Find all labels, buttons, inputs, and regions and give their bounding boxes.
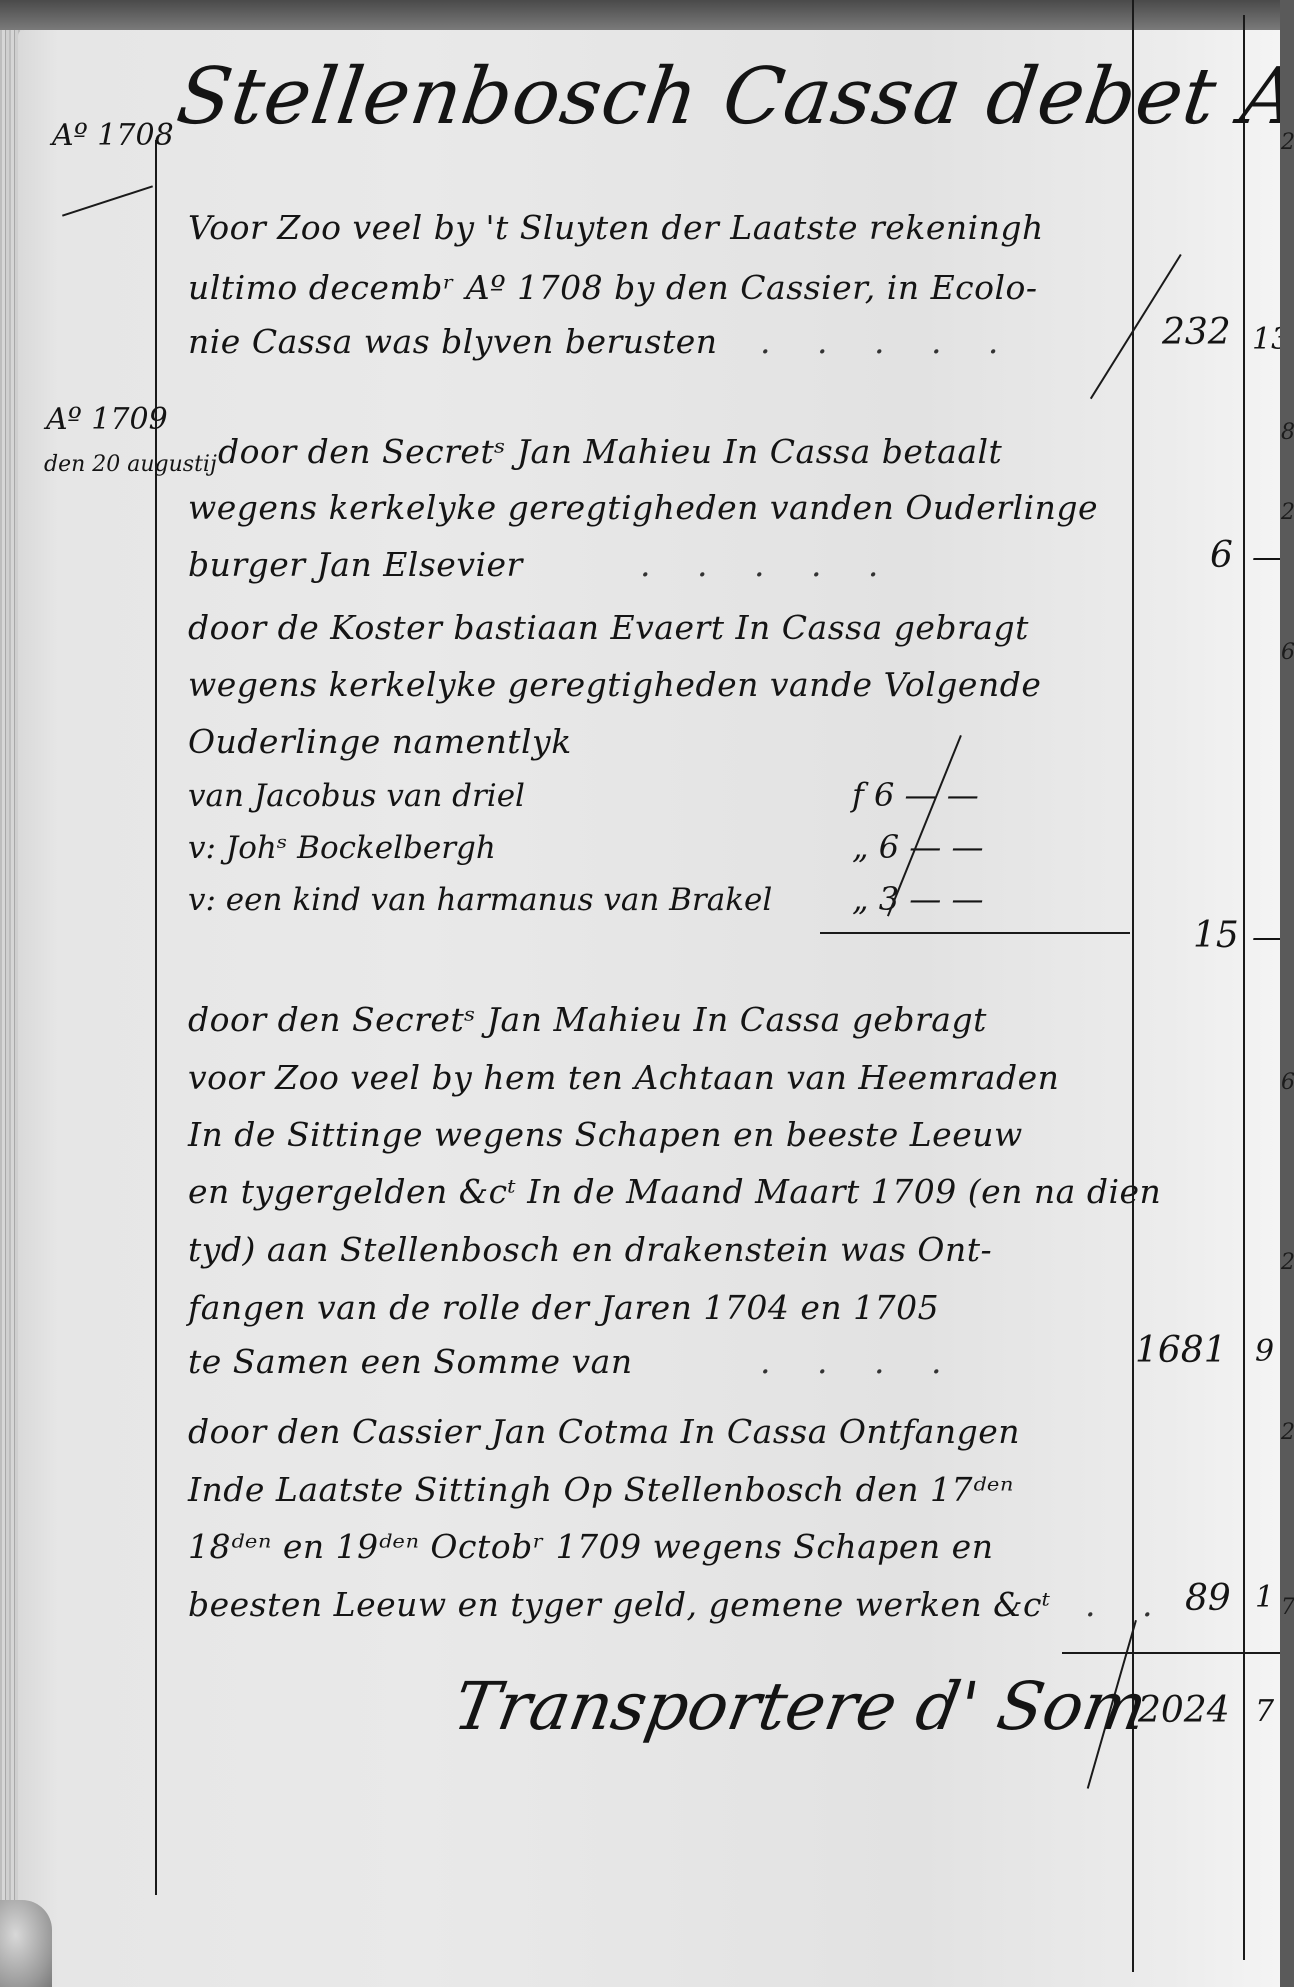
sub-item-label: van Jacobus van driel — [188, 778, 525, 814]
subtotal-rule — [820, 932, 1130, 934]
amount-stuivers: 1 — [1255, 1580, 1274, 1615]
amount-guilders: 15 — [1193, 915, 1239, 956]
entry-line: door de Koster bastiaan Evaert In Cassa … — [188, 608, 1029, 647]
edge-fragment: 8 — [1281, 420, 1294, 445]
entry-line: voor Zoo veel by hem ten Achtaan van Hee… — [188, 1058, 1059, 1097]
entry-line: In de Sittinge wegens Schapen en beeste … — [188, 1115, 1023, 1154]
adjacent-page-edge: 2 8 2 6 6 2 2 7 — [1280, 0, 1294, 1987]
edge-fragment: 6 — [1281, 1070, 1294, 1095]
amount-stuivers: 9 — [1255, 1334, 1274, 1369]
dot-leader: . . — [1085, 1585, 1170, 1624]
total-guilders: 2024 — [1138, 1690, 1230, 1731]
sub-item-amount: „ 6 — — — [852, 828, 983, 866]
thumb-holding-page — [0, 1900, 52, 1987]
entry-line: door den Secretˢ Jan Mahieu In Cassa bet… — [218, 432, 1002, 471]
transport-label: Transportere d' Som — [448, 1668, 1152, 1745]
amount-guilders: 232 — [1162, 312, 1231, 353]
entry-line: Voor Zoo veel by 't Sluyten der Laatste … — [188, 208, 1044, 247]
edge-fragment: 2 — [1281, 1250, 1294, 1275]
amount-guilders: 1681 — [1135, 1330, 1227, 1371]
edge-fragment: 7 — [1281, 1595, 1294, 1620]
entry-line: te Samen een Somme van — [188, 1342, 633, 1381]
entry-line: ultimo decembʳ Aº 1708 by den Cassier, i… — [188, 268, 1038, 307]
edge-fragment: 2 — [1281, 130, 1294, 155]
entry-line: Ouderlinge namentlyk — [188, 722, 572, 761]
dot-leader: . . . . . — [760, 322, 1016, 361]
entry-line: fangen van de rolle der Jaren 1704 en 17… — [188, 1288, 939, 1327]
entry-line: Inde Laatste Sittingh Op Stellenbosch de… — [188, 1470, 1014, 1509]
amount-stuivers: — — [1252, 540, 1282, 575]
entry-line: tyd) aan Stellenbosch en drakenstein was… — [188, 1230, 992, 1269]
entry-line: nie Cassa was blyven berusten — [188, 322, 718, 361]
sub-item-label: v: een kind van harmanus van Brakel — [188, 882, 772, 918]
dot-leader: . . . . . — [640, 545, 896, 584]
amount-guilders: 6 — [1210, 535, 1233, 576]
edge-fragment: 2 — [1281, 500, 1294, 525]
sub-item-amount: f 6 — — — [852, 776, 979, 814]
entry-line: 18ᵈᵉⁿ en 19ᵈᵉⁿ Octobʳ 1709 wegens Schape… — [188, 1527, 993, 1566]
total-rule — [1062, 1652, 1280, 1654]
entry-line: wegens kerkelyke geregtigheden vanden Ou… — [188, 488, 1098, 527]
stuiver-column-rule-line — [1243, 15, 1245, 1960]
sub-item-amount: „ 3 — — — [852, 880, 983, 918]
edge-fragment: 2 — [1281, 1420, 1294, 1445]
amount-guilders: 89 — [1185, 1578, 1231, 1619]
margin-date: den 20 augustij — [44, 452, 217, 477]
dot-leader: . . . . — [760, 1342, 959, 1381]
amount-stuivers: — — [1252, 920, 1282, 955]
edge-fragment: 6 — [1281, 640, 1294, 665]
page-title: Stellenbosch Cassa debet Aº 1709 — [172, 52, 1294, 142]
entry-line: wegens kerkelyke geregtigheden vande Vol… — [188, 665, 1041, 704]
sub-item-label: v: Johˢ Bockelbergh — [188, 830, 496, 866]
entry-line: burger Jan Elsevier — [188, 545, 523, 584]
margin-year-1708: Aº 1708 — [52, 118, 174, 153]
entry-line: en tygergelden &cᵗ In de Maand Maart 170… — [188, 1172, 1161, 1211]
margin-year-1709: Aº 1709 — [46, 402, 168, 437]
entry-line: beesten Leeuw en tyger geld, gemene werk… — [188, 1585, 1051, 1624]
entry-line: door den Secretˢ Jan Mahieu In Cassa geb… — [188, 1000, 987, 1039]
total-stuivers: 7 — [1255, 1694, 1274, 1729]
entry-line: door den Cassier Jan Cotma In Cassa Ontf… — [188, 1412, 1020, 1451]
